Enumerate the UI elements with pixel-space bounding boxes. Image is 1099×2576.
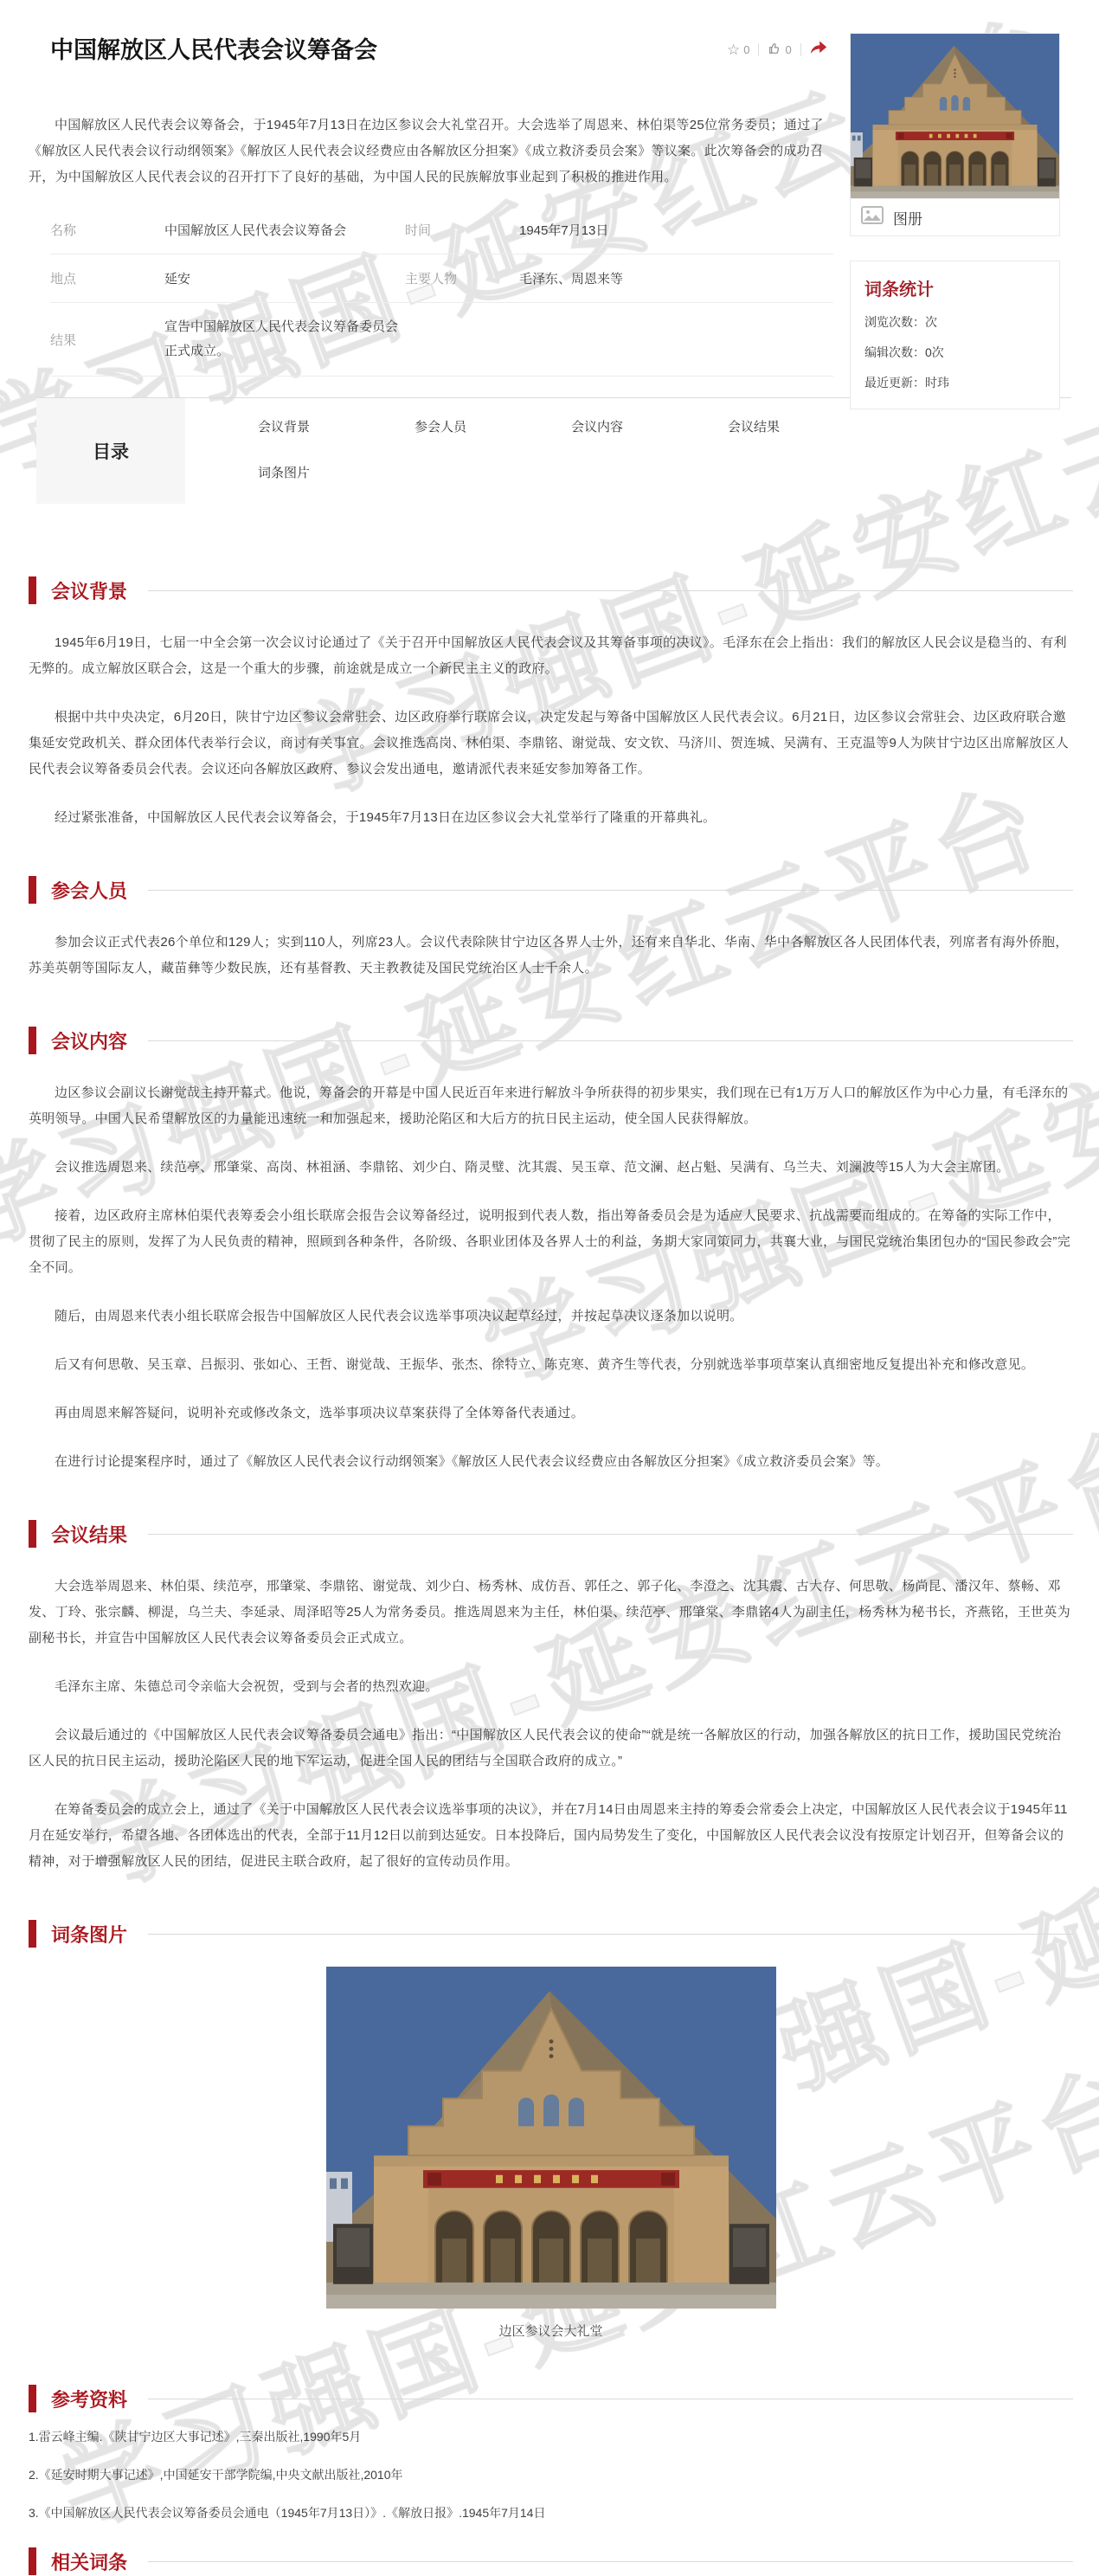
infobox: 名称 中国解放区人民代表会议筹备会 时间 1945年7月13日 地点 延安 主要… — [50, 206, 833, 377]
entry-page: 学习强国-延安红云平台 学习强国-延安红云平台 学习强国-延安红云平台 学习强国… — [0, 0, 1099, 2576]
intro-paragraph: 中国解放区人民代表会议筹备会，于1945年7月13日在边区参议会大礼堂召开。大会… — [29, 113, 832, 190]
thumb-up-icon — [768, 42, 781, 58]
stats-box: 词条统计 浏览次数：次 编辑次数：0次 最近更新：时玮 — [850, 261, 1060, 409]
toc-item-results[interactable]: 会议结果 — [728, 417, 884, 435]
toc-links: 会议背景 参会人员 会议内容 会议结果 词条图片 — [185, 398, 1071, 504]
infobox-row: 地点 延安 主要人物 毛泽东、周恩来等 — [50, 254, 833, 303]
stat-edits: 编辑次数：0次 — [864, 344, 1045, 361]
infobox-value: 宣告中国解放区人民代表会议筹备委员会正式成立。 — [164, 315, 407, 364]
album-label: 图册 — [893, 207, 922, 229]
paragraph: 在筹备委员会的成立会上，通过了《关于中国解放区人民代表会议选举事项的决议》，并在… — [29, 1797, 1073, 1875]
paragraph: 大会选举周恩来、林伯渠、续范亭，邢肇棠、李鼎铭、谢觉哉、刘少白、杨秀林、成仿吾、… — [29, 1574, 1073, 1652]
photo-caption: 边区参议会大礼堂 — [29, 2322, 1073, 2340]
share-button[interactable] — [801, 40, 836, 59]
section-rule — [148, 890, 1073, 891]
paragraph: 参加会议正式代表26个单位和129人；实到110人，列席23人。会议代表除陕甘宁… — [29, 930, 1073, 982]
paragraph: 接着，边区政府主席林伯渠代表筹委会小组长联席会报告会议筹备经过，说明报到代表人数… — [29, 1203, 1073, 1281]
like-button[interactable]: 0 — [759, 42, 800, 58]
table-of-contents: 目录 会议背景 参会人员 会议内容 会议结果 词条图片 — [36, 397, 1071, 504]
header-actions: ☆ 0 0 — [718, 40, 836, 59]
reference-item: 1.雷云峰主编.《陕甘宁边区大事记述》,三秦出版社,1990年5月 — [29, 2428, 1073, 2445]
star-icon: ☆ — [727, 42, 740, 57]
section-rule — [148, 1040, 1073, 1041]
section-content: 会议内容 边区参议会副议长谢觉哉主持开幕式。他说，筹备会的开幕是中国人民近百年来… — [29, 1027, 1073, 1475]
section-title: 会议内容 — [51, 1027, 127, 1054]
infobox-value: 毛泽东、周恩来等 — [519, 269, 833, 287]
paragraph: 在进行讨论提案程序时，通过了《解放区人民代表会议行动纲领案》《解放区人民代表会议… — [29, 1449, 1073, 1475]
infobox-value: 延安 — [164, 269, 405, 287]
paragraph: 根据中共中央决定，6月20日，陕甘宁边区参议会常驻会、边区政府举行联席会议，决定… — [29, 705, 1073, 782]
reference-item: 2.《延安时期大事记述》,中国延安干部学院编,中央文献出版社,2010年 — [29, 2466, 1073, 2483]
paragraph: 毛泽东主席、朱德总司令亲临大会祝贺，受到与会者的热烈欢迎。 — [29, 1674, 1073, 1700]
section-bar — [29, 1027, 36, 1054]
stat-views: 浏览次数：次 — [864, 313, 1045, 331]
section-rule — [148, 1934, 1073, 1935]
paragraph: 会议推选周恩来、续范亭、邢肇棠、高岗、林祖涵、李鼎铭、刘少白、隋灵璧、沈其震、吴… — [29, 1155, 1073, 1181]
section-title: 会议结果 — [51, 1521, 127, 1548]
infobox-value: 中国解放区人民代表会议筹备会 — [164, 221, 405, 239]
paragraph: 再由周恩来解答疑问，说明补充或修改条文，选举事项决议草案获得了全体筹备代表通过。 — [29, 1401, 1073, 1426]
entry-body: 中国解放区人民代表会议筹备会，于1945年7月13日在边区参议会大礼堂召开。大会… — [0, 113, 1099, 2575]
infobox-row: 结果 宣告中国解放区人民代表会议筹备委员会正式成立。 — [50, 303, 833, 377]
infobox-row: 名称 中国解放区人民代表会议筹备会 时间 1945年7月13日 — [50, 206, 833, 254]
section-related: 相关词条 — [29, 2547, 1073, 2575]
share-arrow-icon — [810, 40, 827, 59]
section-background: 会议背景 1945年6月19日，七届一中全会第一次会议讨论通过了《关于召开中国解… — [29, 576, 1073, 831]
entry-figure: 边区参议会大礼堂 — [29, 1967, 1073, 2340]
stat-last-updated: 最近更新：时玮 — [864, 374, 1045, 391]
infobox-label: 结果 — [50, 331, 164, 349]
paragraph: 边区参议会副议长谢觉哉主持开幕式。他说，筹备会的开幕是中国人民近百年来进行解放斗… — [29, 1080, 1073, 1132]
section-participants: 参会人员 参加会议正式代表26个单位和129人；实到110人，列席23人。会议代… — [29, 876, 1073, 982]
infobox-label: 时间 — [405, 221, 519, 239]
section-rule — [148, 2561, 1073, 2562]
album-box: 图册 — [850, 33, 1060, 236]
favorite-button[interactable]: ☆ 0 — [718, 42, 758, 57]
album-icon — [861, 206, 884, 229]
infobox-label: 地点 — [50, 269, 164, 287]
stats-title: 词条统计 — [864, 275, 1045, 300]
infobox-value: 1945年7月13日 — [519, 221, 833, 239]
paragraph: 后又有何思敬、吴玉章、吕振羽、张如心、王哲、谢觉哉、王振华、张杰、徐特立、陈克寒… — [29, 1352, 1073, 1378]
section-title: 参考资料 — [51, 2386, 127, 2412]
section-bar — [29, 2547, 36, 2575]
entry-thumbnail-photo[interactable] — [851, 34, 1059, 198]
hall-photo[interactable] — [29, 1967, 1073, 2313]
section-title: 相关词条 — [51, 2548, 127, 2575]
infobox-label: 名称 — [50, 221, 164, 239]
toc-item-images[interactable]: 词条图片 — [258, 463, 415, 481]
section-title: 参会人员 — [51, 877, 127, 904]
section-bar — [29, 1920, 36, 1948]
album-link[interactable]: 图册 — [851, 198, 1059, 235]
paragraph: 1945年6月19日，七届一中全会第一次会议讨论通过了《关于召开中国解放区人民代… — [29, 630, 1073, 682]
infobox-label: 主要人物 — [405, 269, 519, 287]
paragraph: 会议最后通过的《中国解放区人民代表会议筹备委员会通电》指出：“中国解放区人民代表… — [29, 1723, 1073, 1774]
section-rule — [148, 2399, 1073, 2399]
section-rule — [148, 1534, 1073, 1535]
toc-item-content[interactable]: 会议内容 — [571, 417, 728, 435]
entry-sidebar: 图册 词条统计 浏览次数：次 编辑次数：0次 最近更新：时玮 — [850, 33, 1060, 409]
section-bar — [29, 2385, 36, 2412]
section-rule — [148, 590, 1073, 591]
section-title: 词条图片 — [51, 1921, 127, 1948]
reference-item: 3.《中国解放区人民代表会议筹备委员会通电（1945年7月13日）》.《解放日报… — [29, 2504, 1073, 2521]
section-bar — [29, 1520, 36, 1548]
section-bar — [29, 876, 36, 904]
toc-item-participants[interactable]: 参会人员 — [415, 417, 571, 435]
like-count: 0 — [785, 43, 791, 56]
toc-title: 目录 — [36, 398, 185, 504]
section-bar — [29, 576, 36, 604]
section-title: 会议背景 — [51, 577, 127, 604]
section-references: 参考资料 1.雷云峰主编.《陕甘宁边区大事记述》,三秦出版社,1990年5月 2… — [29, 2385, 1073, 2521]
paragraph: 随后，由周恩来代表小组长联席会报告中国解放区人民代表会议选举事项决议起草经过，并… — [29, 1304, 1073, 1330]
favorite-count: 0 — [743, 43, 749, 56]
section-results: 会议结果 大会选举周恩来、林伯渠、续范亭，邢肇棠、李鼎铭、谢觉哉、刘少白、杨秀林… — [29, 1520, 1073, 1875]
toc-item-background[interactable]: 会议背景 — [258, 417, 415, 435]
paragraph: 经过紧张准备，中国解放区人民代表会议筹备会，于1945年7月13日在边区参议会大… — [29, 805, 1073, 831]
section-images: 词条图片 边区参议会大礼堂 — [29, 1920, 1073, 2340]
